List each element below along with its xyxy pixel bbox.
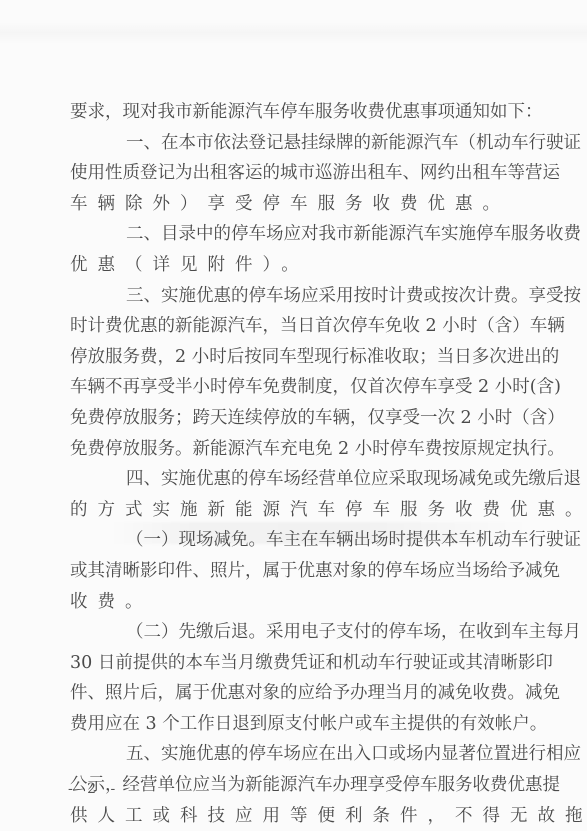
text-line: 的方式实施新能源汽车停车服务收费优惠。 <box>70 495 516 526</box>
text-line: 公示，经营单位应当为新能源汽车办理享受停车服务收费优惠提 <box>70 770 516 801</box>
text-line: 车辆除外）享受停车服务收费优惠。 <box>70 189 516 220</box>
text-line: 或其清晰影印件、照片，属于优惠对象的停车场应当场给予减免 <box>70 556 516 587</box>
text-line: 时计费优惠的新能源汽车，当日首次停车免收 2 小时（含）车辆 <box>70 311 516 342</box>
text-line: 要求，现对我市新能源汽车停车服务收费优惠事项通知如下： <box>70 97 516 128</box>
text-line: 优惠（详见附件）。 <box>70 250 516 281</box>
text-line: 三、实施优惠的停车场应采用按时计费或按次计费。享受按 <box>70 281 516 312</box>
text-line: 停放服务费，2 小时后按同车型现行标准收取；当日多次进出的 <box>70 342 516 373</box>
text-line: 车辆不再享受半小时停车免费制度，仅首次停车享受 2 小时(含) <box>70 372 516 403</box>
text-line: 30 日前提供的本车当月缴费凭证和机动车行驶证或其清晰影印 <box>70 648 516 679</box>
text-line: 一、在本市依法登记悬挂绿牌的新能源汽车（机动车行驶证 <box>70 128 516 159</box>
text-line: （一）现场减免。车主在车辆出场时提供本车机动车行驶证 <box>70 525 516 556</box>
text-line: 五、实施优惠的停车场应在出入口或场内显著位置进行相应 <box>70 739 516 770</box>
text-line: 供人工或科技应用等便利条件，不得无故拖延、推诿、阻挠。 <box>70 801 516 831</box>
document-body: 要求，现对我市新能源汽车停车服务收费优惠事项通知如下： 一、在本市依法登记悬挂绿… <box>70 97 516 831</box>
text-line: 收费。 <box>70 587 516 618</box>
scan-artifact-band <box>0 22 587 44</box>
text-line: （二）先缴后退。采用电子支付的停车场，在收到车主每月 <box>70 617 516 648</box>
text-line: 免费停放服务；跨天连续停放的车辆，仅享受一次 2 小时（含） <box>70 403 516 434</box>
text-line: 免费停放服务。新能源汽车充电免 2 小时停车费按原规定执行。 <box>70 434 516 465</box>
text-line: 二、目录中的停车场应对我市新能源汽车实施停车服务收费 <box>70 219 516 250</box>
text-line: 件、照片后，属于优惠对象的应给予办理当月的减免收费。减免 <box>70 678 516 709</box>
page-number: - 2 - <box>68 781 120 797</box>
text-line: 费用应在 3 个工作日退到原支付帐户或车主提供的有效帐户。 <box>70 709 516 740</box>
text-line: 使用性质登记为出租客运的城市巡游出租车、网约出租车等营运 <box>70 158 516 189</box>
text-line: 四、实施优惠的停车场经营单位应采取现场减免或先缴后退 <box>70 464 516 495</box>
